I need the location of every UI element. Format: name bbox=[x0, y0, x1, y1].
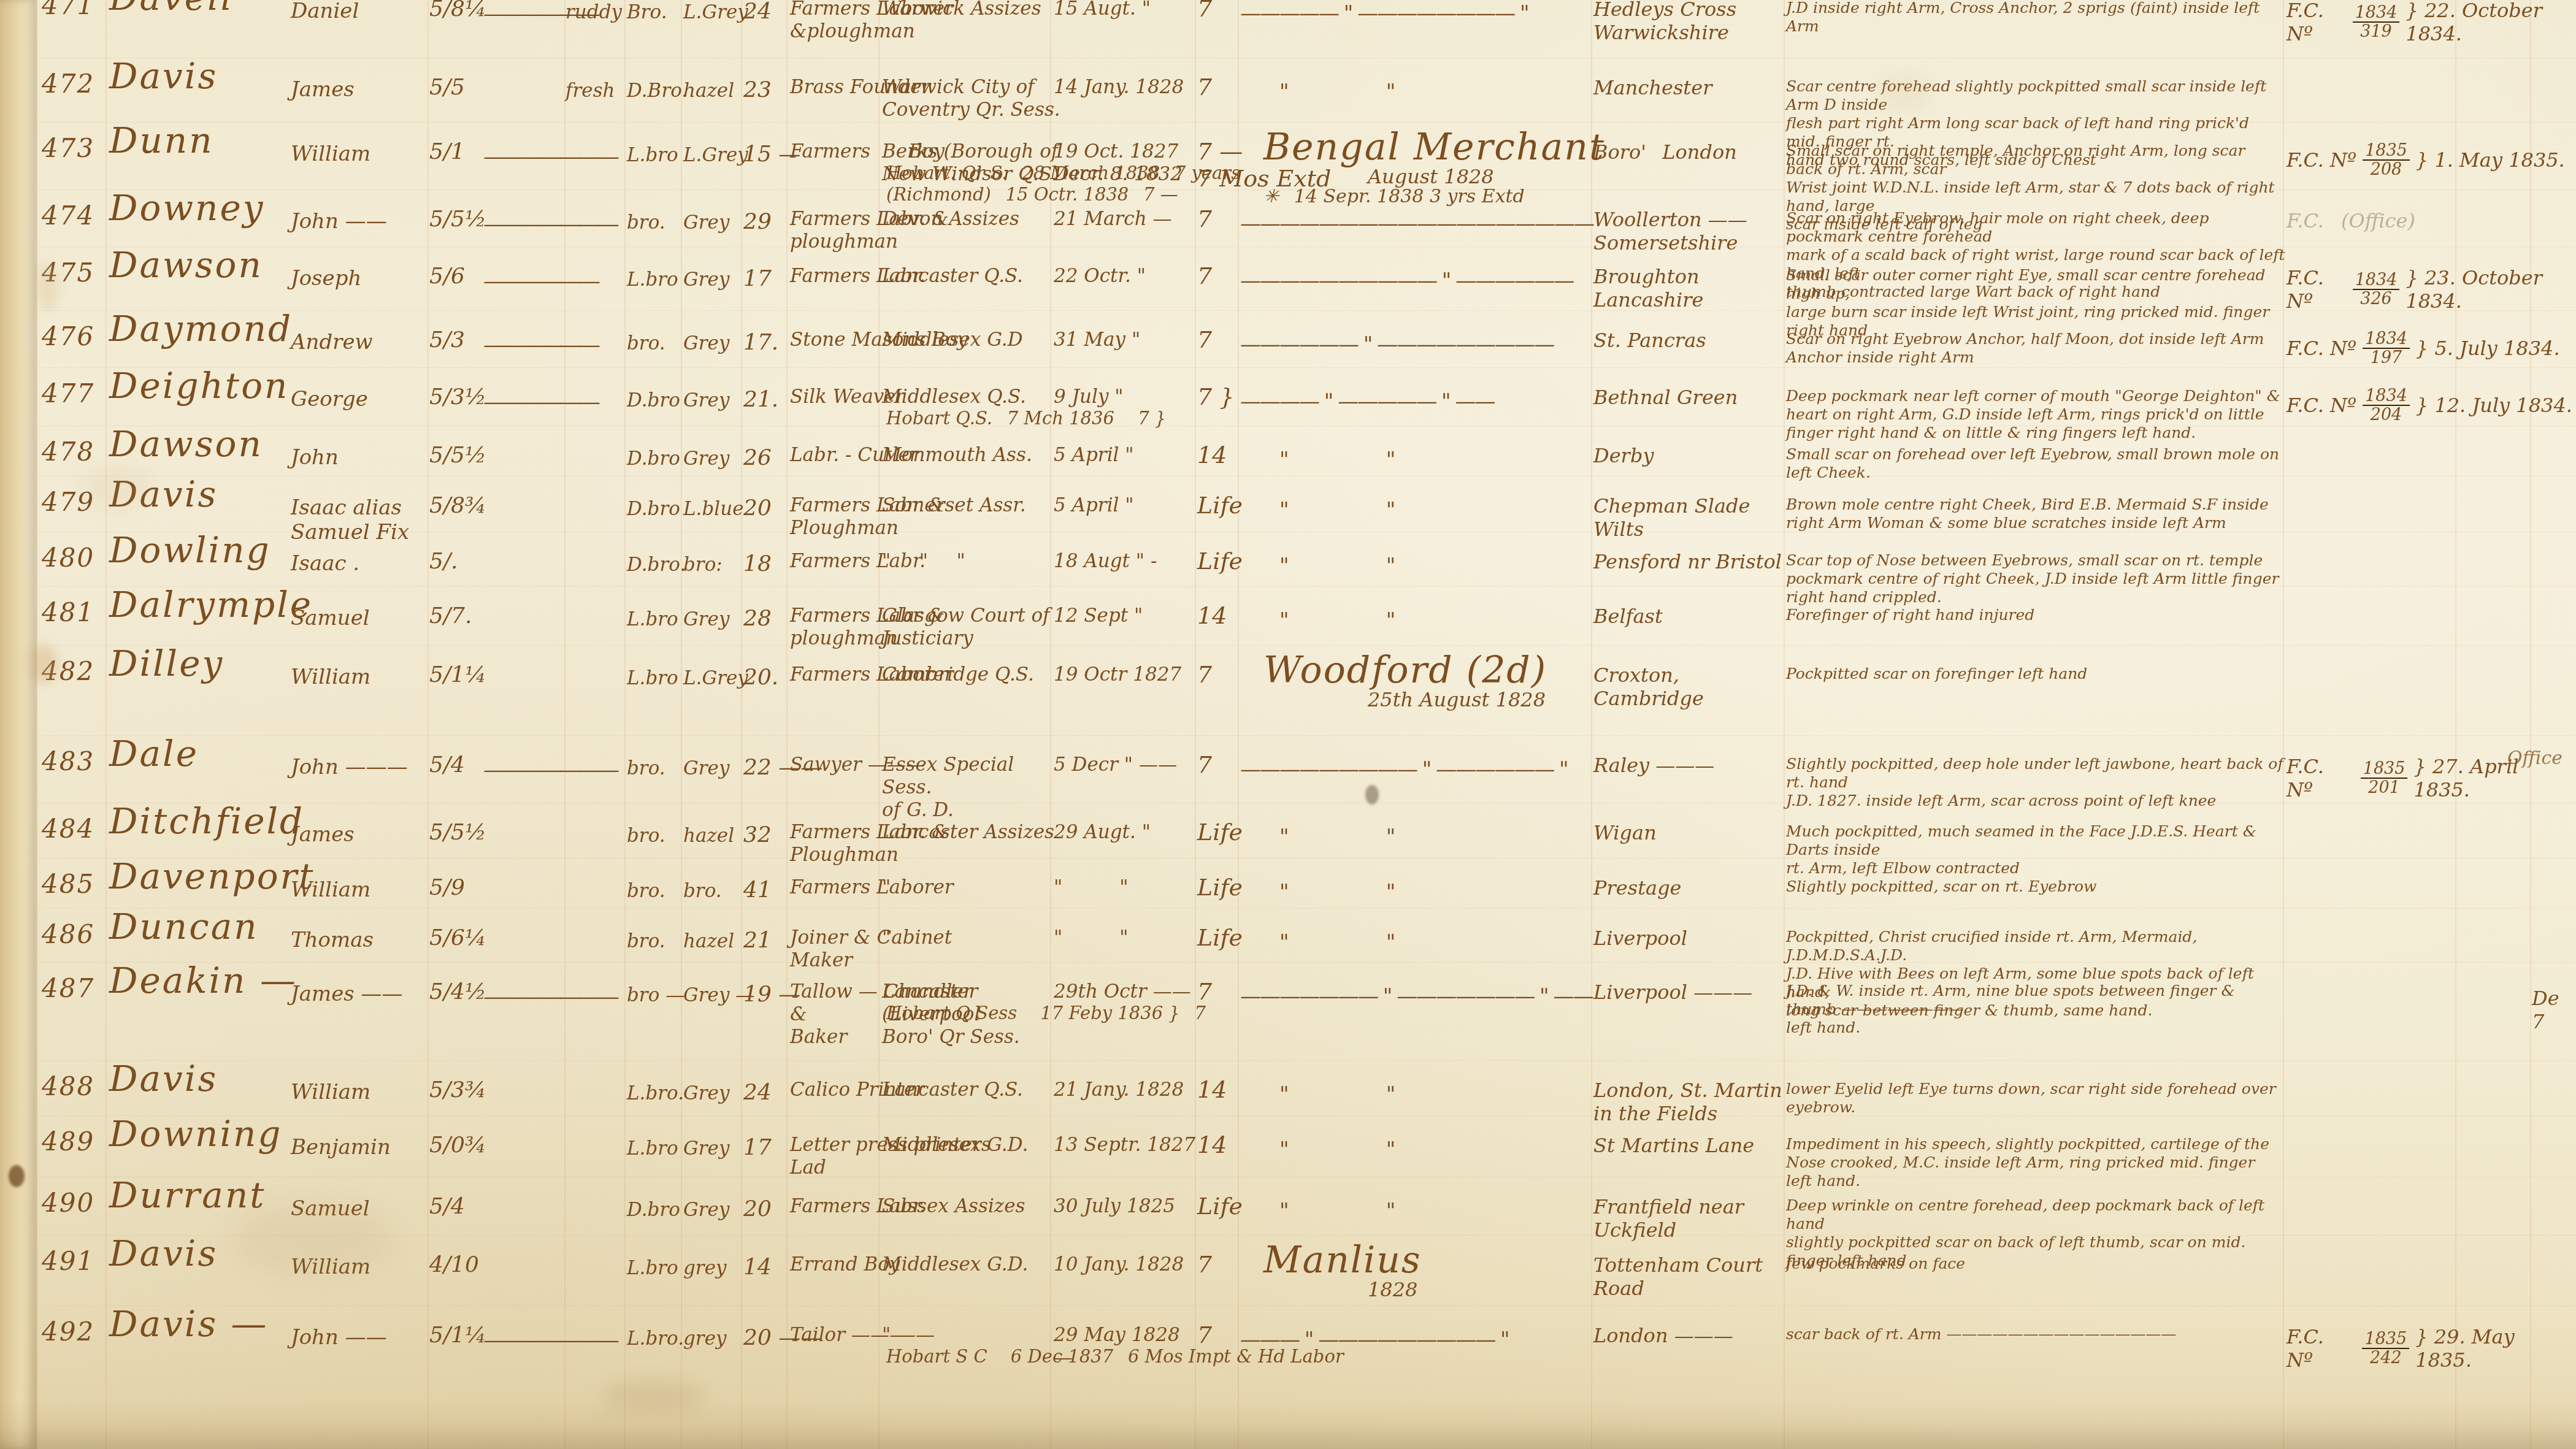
distinguishing-marks: Slightly pockpitted, scar on rt. Eyebrow bbox=[1786, 877, 2286, 896]
entry-number: 489 bbox=[42, 1126, 94, 1157]
sentence: 14 bbox=[1197, 1131, 1227, 1158]
eye-colour: Grey bbox=[683, 1137, 729, 1160]
entry-number: 471 bbox=[42, 0, 94, 20]
register-row: 489 Downing Benjamin 5/0¾ L.bro Grey 17 … bbox=[0, 1119, 2576, 1180]
distinguishing-marks: Forefinger of right hand injured bbox=[1786, 606, 2286, 624]
forename: James bbox=[291, 822, 355, 847]
eye-colour: Grey bbox=[683, 608, 729, 630]
entry-number: 478 bbox=[42, 437, 94, 467]
conviction-date: 15 Augt. " bbox=[1054, 0, 1201, 20]
native-place: London ——— bbox=[1593, 1324, 1784, 1347]
ditto-marks: " " bbox=[1240, 825, 1596, 849]
age: 29 bbox=[743, 209, 772, 234]
hair-colour: Bro. bbox=[627, 1, 667, 23]
reference-label: F.C. Nº bbox=[2287, 394, 2356, 417]
surname: Davis bbox=[109, 1233, 218, 1274]
ditto-marks: " " bbox=[1240, 1199, 1596, 1223]
sentence: Life bbox=[1197, 924, 1243, 951]
native-place: Prestage bbox=[1593, 876, 1784, 900]
entry-number: 480 bbox=[42, 543, 94, 573]
reference-fraction: 1835208 bbox=[2363, 142, 2410, 178]
place-of-conviction: Warwick City of Coventry Qr. Sess. bbox=[882, 76, 1066, 121]
height: 5/4½ bbox=[429, 979, 486, 1004]
age: 32 bbox=[743, 822, 772, 847]
surname: Davell bbox=[109, 0, 234, 18]
height: 5/9 bbox=[429, 875, 465, 900]
ditto-marks: " " bbox=[1240, 880, 1596, 904]
paper-stain bbox=[80, 466, 153, 509]
place-of-conviction: Cambridge Q.S. bbox=[882, 663, 1066, 686]
reference-number: F.C. Nº1835242} 29. May 1835. bbox=[2287, 1325, 2576, 1372]
conviction-date: 19 Octr 1827 bbox=[1054, 663, 1201, 686]
age: 17 bbox=[743, 1135, 772, 1160]
ship-name: Manlius bbox=[1263, 1239, 1422, 1282]
register-row: 484 Ditchfield James 5/5½ bro. hazel 32 … bbox=[0, 806, 2576, 868]
register-row: 482 Dilley William 5/1¼ L.bro L.Grey 20.… bbox=[0, 649, 2576, 710]
surname: Dale bbox=[109, 733, 199, 774]
native-place: Liverpool ——— bbox=[1593, 981, 1784, 1004]
height: 5/5 bbox=[429, 75, 465, 100]
place-of-conviction: Middlesex G.D. bbox=[882, 1253, 1066, 1276]
sentence: Life bbox=[1197, 819, 1243, 846]
native-place: Boro' London bbox=[1593, 140, 1784, 164]
conviction-date: 5 April " bbox=[1054, 444, 1201, 467]
hair-colour: bro. bbox=[627, 212, 665, 234]
reference-number: F.C.(Office) bbox=[2287, 209, 2415, 232]
eye-colour: hazel bbox=[683, 930, 734, 952]
ditto-marks: —————— " ————————— bbox=[1240, 332, 1596, 357]
entry-number: 491 bbox=[42, 1246, 94, 1276]
sentence: Life bbox=[1197, 548, 1243, 575]
forename: Joseph bbox=[291, 266, 361, 291]
conviction-date: 30 July 1825 bbox=[1054, 1195, 1201, 1218]
entry-number: 488 bbox=[42, 1071, 94, 1101]
forename: William bbox=[291, 142, 370, 166]
place-of-conviction: " " " bbox=[882, 550, 1066, 573]
native-place: Pensford nr Bristol bbox=[1593, 550, 1784, 573]
surname: Duncan bbox=[109, 906, 259, 947]
height: 5/8¾ bbox=[429, 493, 486, 518]
register-row: 476 Daymond Andrew 5/3 —————— bro. Grey … bbox=[0, 314, 2576, 375]
entry-number: 484 bbox=[42, 814, 94, 844]
sentence: Life bbox=[1197, 1193, 1243, 1220]
forename: Isaac . bbox=[291, 551, 359, 576]
age: 17. bbox=[743, 330, 778, 355]
surname: Davis bbox=[109, 55, 218, 97]
register-row: 473 Dunn William 5/1 ——————— L.bro L.Gre… bbox=[0, 126, 2576, 187]
native-place: Frantfield near Uckfield bbox=[1593, 1195, 1784, 1242]
sentence: 14 bbox=[1197, 442, 1227, 468]
sentence: 7 bbox=[1197, 205, 1212, 232]
ink-dash: —————— bbox=[483, 332, 597, 357]
place-of-conviction: Lancaster Q.S. bbox=[882, 265, 1066, 288]
age: 23 bbox=[743, 77, 772, 102]
ink-dash: ——————— bbox=[483, 757, 616, 782]
later-addendum: Hobart Q Sess 17 Feby 1836 } 7 bbox=[886, 1003, 1487, 1024]
ditto-marks: " " bbox=[1240, 448, 1596, 472]
native-place: Croxton, Cambridge bbox=[1593, 663, 1784, 710]
conviction-date: 29 Augt. " bbox=[1054, 821, 1201, 844]
register-row: 483 Dale John ——— 5/4 ——————— bro. Grey … bbox=[0, 739, 2576, 800]
reference-number: F.C. Nº1834319} 22. October 1834. bbox=[2287, 0, 2576, 45]
entry-number: 483 bbox=[42, 746, 94, 776]
surname: Dunn bbox=[109, 120, 214, 161]
eye-colour: grey bbox=[683, 1257, 727, 1279]
forename: Benjamin bbox=[291, 1135, 391, 1160]
sentence: 7 bbox=[1197, 74, 1212, 101]
forename: John ——— bbox=[291, 755, 408, 779]
ditto-marks: —————————— " —————— bbox=[1240, 269, 1596, 293]
conviction-date: 22 Octr. " bbox=[1054, 265, 1201, 288]
paper-stain bbox=[29, 645, 58, 683]
entry-number: 492 bbox=[42, 1317, 94, 1347]
native-place: St Martins Lane bbox=[1593, 1134, 1784, 1157]
eye-colour: L.Grey bbox=[683, 667, 748, 689]
forename: John —— bbox=[291, 1325, 387, 1350]
register-row: 479 Davis Isaac alias Samuel Fix 5/8¾ D.… bbox=[0, 480, 2576, 541]
conviction-date: 10 Jany. 1828 bbox=[1054, 1253, 1201, 1276]
forename: Andrew bbox=[291, 330, 373, 354]
age: 20. bbox=[743, 665, 778, 690]
height: 5/1 bbox=[429, 139, 465, 164]
forename: Samuel bbox=[291, 606, 370, 630]
conviction-date: 29th Octr —— bbox=[1054, 981, 1201, 1003]
age: 26 bbox=[743, 445, 772, 470]
reference-label: F.C. bbox=[2287, 209, 2324, 232]
height: 5/5½ bbox=[429, 207, 486, 232]
register-row: 471 Davell Daniel 5/8¼ —————— ruddy Bro.… bbox=[0, 0, 2576, 44]
hair-colour: L.bro. bbox=[627, 1082, 684, 1104]
native-place: St. Pancras bbox=[1593, 329, 1784, 352]
place-of-conviction: Middlesex G.D bbox=[882, 329, 1066, 351]
sentence: 7 bbox=[1197, 661, 1212, 688]
place-of-conviction: Sussex Assizes bbox=[882, 1195, 1066, 1218]
eye-colour: L.blue bbox=[683, 498, 744, 520]
reference-number: F.C. Nº1834326} 23. October 1834. bbox=[2287, 266, 2576, 313]
ink-dash: —————— bbox=[483, 389, 597, 415]
sentence: 7 bbox=[1197, 0, 1212, 22]
place-of-conviction: Warwick Assizes bbox=[882, 0, 1066, 20]
reference-number: F.C. Nº1835208} 1. May 1835. bbox=[2287, 142, 2565, 178]
hair-colour: bro. bbox=[627, 930, 665, 952]
conviction-date: 14 Jany. 1828 bbox=[1054, 76, 1201, 99]
place-of-conviction: Glasgow Court of Justiciary bbox=[882, 605, 1066, 650]
place-of-conviction: Middlesex Q.S. bbox=[882, 386, 1066, 408]
register-row: 472 Davis James 5/5 fresh D.Bro. hazel 2… bbox=[0, 61, 2576, 123]
place-of-conviction: Somerset Assr. bbox=[882, 494, 1066, 517]
height: 5/5½ bbox=[429, 820, 486, 845]
height: 5/4 bbox=[429, 1194, 465, 1219]
eye-colour: L.Grey bbox=[683, 144, 748, 166]
height: 5/1¼ bbox=[429, 662, 486, 687]
hair-colour: L.bro bbox=[627, 144, 678, 166]
sentence: 7 bbox=[1197, 1321, 1212, 1348]
age: 28 bbox=[743, 606, 772, 631]
register-row: 475 Dawson Joseph 5/6 —————— L.bro Grey … bbox=[0, 250, 2576, 312]
register-row: 487 Deakin — James —— 5/4½ ——————— bro —… bbox=[0, 966, 2576, 1027]
complexion: fresh bbox=[565, 80, 615, 102]
conviction-date: 21 Jany. 1828 bbox=[1054, 1079, 1201, 1101]
eye-colour: Grey bbox=[683, 389, 729, 411]
ship-date: 1828 bbox=[1368, 1278, 1417, 1301]
height: 5/3½ bbox=[429, 384, 486, 410]
entry-number: 486 bbox=[42, 919, 94, 949]
surname: Davis — bbox=[109, 1303, 269, 1345]
hair-colour: bro. bbox=[627, 332, 665, 354]
native-place: Wigan bbox=[1593, 821, 1784, 844]
eye-colour: Grey bbox=[683, 269, 729, 291]
ship-date: 25th August 1828 bbox=[1368, 688, 1546, 711]
age: 17 bbox=[743, 266, 772, 291]
hair-colour: D.bro bbox=[627, 1199, 680, 1221]
height: 4/10 bbox=[429, 1252, 479, 1277]
sentence: Life bbox=[1197, 874, 1243, 901]
conviction-date: 5 Decr " —— bbox=[1054, 754, 1201, 776]
distinguishing-marks: scar back of rt. Arm ——————————————— bbox=[1786, 1325, 2286, 1344]
convict-register-page: 471 Davell Daniel 5/8¼ —————— ruddy Bro.… bbox=[0, 0, 2576, 1449]
register-row: 477 Deighton George 5/3½ —————— D.bro Gr… bbox=[0, 371, 2576, 432]
reference-fraction: 1834197 bbox=[2363, 330, 2410, 367]
entry-number: 473 bbox=[42, 133, 94, 163]
native-place: Manchester bbox=[1593, 76, 1784, 99]
height: 5/1¼ bbox=[429, 1323, 486, 1348]
conviction-date: 13 Septr. 1827 bbox=[1054, 1134, 1201, 1157]
paper-stain bbox=[37, 262, 59, 312]
eye-colour: bro: bbox=[683, 554, 723, 576]
surname: Deighton bbox=[109, 365, 289, 407]
eye-colour: Grey bbox=[683, 1199, 729, 1221]
hair-colour: D.bro bbox=[627, 498, 680, 520]
height: 5/5½ bbox=[429, 443, 486, 468]
reference-label: F.C. Nº bbox=[2287, 755, 2355, 801]
distinguishing-marks: J.D. & W. inside rt. Arm, nine blue spot… bbox=[1786, 982, 2286, 1037]
ditto-marks: ————————— " —————— " bbox=[1240, 757, 1596, 782]
forename: James bbox=[291, 77, 355, 102]
distinguishing-marks: Scar on right Eyebrow Anchor, half Moon,… bbox=[1786, 330, 2286, 367]
edge-note: De 7 bbox=[2532, 987, 2559, 1033]
reference-date: } 22. October 1834. bbox=[2405, 0, 2576, 45]
forename: James —— bbox=[291, 982, 403, 1006]
height: 5/6¼ bbox=[429, 925, 486, 950]
ink-dash: ——————— bbox=[483, 1328, 616, 1353]
hair-colour: L.bro bbox=[627, 608, 678, 630]
conviction-date: 9 July " bbox=[1054, 386, 1201, 408]
distinguishing-marks: few pockmarks on face bbox=[1786, 1255, 2286, 1273]
native-place: Bethnal Green bbox=[1593, 386, 1784, 409]
conviction-date: " " bbox=[1054, 876, 1201, 899]
hair-colour: D.bro. bbox=[627, 554, 686, 576]
entry-number: 472 bbox=[42, 69, 94, 99]
surname: Dilley bbox=[109, 643, 224, 684]
forename: John bbox=[291, 445, 339, 470]
surname: Dalrymple bbox=[109, 584, 313, 625]
conviction-date: 21 March — bbox=[1054, 208, 1201, 231]
reference-fraction: 1834204 bbox=[2363, 387, 2410, 424]
height: 5/. bbox=[429, 549, 458, 574]
sentence: 7 bbox=[1197, 262, 1212, 289]
ink-dash: —————— bbox=[483, 269, 597, 294]
height: 5/3 bbox=[429, 327, 465, 353]
reference-label: F.C. Nº bbox=[2287, 337, 2356, 360]
sentence: 14 bbox=[1197, 602, 1227, 629]
paper-stain bbox=[1877, 74, 1932, 110]
native-place: Liverpool bbox=[1593, 927, 1784, 950]
native-place: Raley ——— bbox=[1593, 754, 1784, 777]
later-addendum: Hobart S C 6 Dec 1837 6 Mos Impt & Hd La… bbox=[886, 1346, 1487, 1367]
entry-number: 490 bbox=[42, 1188, 94, 1218]
age: 41 bbox=[743, 877, 772, 903]
hair-colour: D.bro bbox=[627, 448, 680, 470]
ditto-marks: " " bbox=[1240, 608, 1596, 633]
distinguishing-marks: Small scar on forehead over left Eyebrow… bbox=[1786, 445, 2286, 482]
forename: William bbox=[291, 877, 370, 902]
place-of-conviction: " bbox=[882, 876, 1066, 899]
distinguishing-marks: J.D inside right Arm, Cross Anchor, 2 sp… bbox=[1786, 0, 2286, 36]
reference-date: } 29. May 1835. bbox=[2415, 1325, 2576, 1372]
height: 5/3¾ bbox=[429, 1077, 486, 1103]
sentence: 7 bbox=[1197, 1251, 1212, 1278]
forename: Daniel bbox=[291, 0, 359, 23]
reference-date: (Office) bbox=[2341, 209, 2415, 232]
age: 14 bbox=[743, 1255, 772, 1280]
register-row: 488 Davis William 5/3¾ L.bro. Grey 24 Ca… bbox=[0, 1064, 2576, 1125]
height: 5/4 bbox=[429, 752, 465, 778]
hair-colour: bro. bbox=[627, 880, 665, 902]
distinguishing-marks: lower Eyelid left Eye turns down, scar r… bbox=[1786, 1080, 2286, 1117]
age: 20 bbox=[743, 495, 772, 521]
eye-colour: Grey bbox=[683, 1082, 729, 1104]
register-row: 492 Davis — John —— 5/1¼ ——————— L.bro. … bbox=[0, 1309, 2576, 1371]
native-place: Hedleys Cross Warwickshire bbox=[1593, 0, 1784, 44]
ditto-marks: " " bbox=[1240, 80, 1596, 104]
native-place: Belfast bbox=[1593, 605, 1784, 628]
surname: Davis bbox=[109, 1058, 218, 1099]
native-place: Woollerton —— Somersetshire bbox=[1593, 208, 1784, 254]
reference-label: F.C. Nº bbox=[2287, 148, 2356, 172]
distinguishing-marks: Pockpitted scar on forefinger left hand bbox=[1786, 665, 2286, 683]
native-place: Broughton Lancashire bbox=[1593, 265, 1784, 312]
row-rule bbox=[37, 735, 2576, 736]
conviction-date: " " bbox=[1054, 927, 1201, 949]
register-row: 486 Duncan Thomas 5/6¼ bro. hazel 21 Joi… bbox=[0, 912, 2576, 973]
place-of-conviction: Middlesex G.D. bbox=[882, 1134, 1066, 1157]
forename: William bbox=[291, 1080, 370, 1104]
place-of-conviction: Devon Assizes bbox=[882, 208, 1066, 231]
conviction-date: 12 Sept " bbox=[1054, 605, 1201, 627]
edge-pencil-note: Office bbox=[2507, 747, 2563, 769]
reference-date: } 23. October 1834. bbox=[2405, 266, 2576, 313]
reference-label: F.C. Nº bbox=[2287, 1325, 2356, 1372]
entry-number: 487 bbox=[42, 973, 94, 1003]
surname: Deakin — bbox=[109, 960, 297, 1001]
native-place: Chepman Slade Wilts bbox=[1593, 494, 1784, 541]
ditto-marks: ————— " ———————— " bbox=[1240, 1, 1596, 26]
ink-dash: ——————— bbox=[483, 212, 616, 237]
eye-colour: L.Grey bbox=[683, 1, 748, 23]
surname: Daymond bbox=[109, 308, 293, 350]
entry-number: 485 bbox=[42, 869, 94, 899]
surname: Dawson bbox=[109, 244, 263, 286]
eye-colour: hazel bbox=[683, 825, 734, 847]
place-of-conviction: " —— bbox=[882, 1324, 1066, 1347]
eye-colour: Grey bbox=[683, 212, 729, 234]
sentence: 7 bbox=[1197, 978, 1212, 1005]
reference-fraction: 1835201 bbox=[2361, 760, 2408, 797]
forename: George bbox=[291, 387, 368, 411]
register-row: 481 Dalrymple Samuel 5/7. L.bro Grey 28 … bbox=[0, 590, 2576, 651]
reference-fraction: 1835242 bbox=[2362, 1330, 2409, 1367]
age: 24 bbox=[743, 0, 772, 24]
hair-colour: L.bro bbox=[627, 269, 678, 291]
reference-fraction: 1834326 bbox=[2353, 271, 2400, 308]
complexion: ruddy bbox=[565, 1, 622, 23]
native-place: London, St. Martin in the Fields bbox=[1593, 1079, 1784, 1125]
ink-dash: ——————— bbox=[483, 984, 616, 1009]
forename: William bbox=[291, 665, 370, 689]
sentence: 7 bbox=[1197, 326, 1212, 353]
age: 21 bbox=[743, 928, 772, 953]
age: 24 bbox=[743, 1080, 772, 1105]
reference-date: } 1. May 1835. bbox=[2416, 148, 2565, 172]
reference-label: F.C. Nº bbox=[2287, 0, 2347, 45]
surname: Downing bbox=[109, 1113, 282, 1155]
ship-name: Woodford (2d) bbox=[1263, 649, 1547, 692]
reference-number: F.C. Nº1834204} 12. July 1834. bbox=[2287, 387, 2572, 424]
hair-colour: L.bro bbox=[627, 1257, 678, 1279]
height: 5/6 bbox=[429, 264, 465, 289]
conviction-date: 18 Augt " - bbox=[1054, 550, 1201, 573]
hair-colour: D.Bro. bbox=[627, 80, 688, 102]
reference-label: F.C. Nº bbox=[2287, 266, 2347, 313]
native-place: Derby bbox=[1593, 444, 1784, 467]
eye-colour: Grey bbox=[683, 448, 729, 470]
surname: Ditchfield bbox=[109, 800, 304, 842]
conviction-date: 31 May " bbox=[1054, 329, 1201, 351]
sentence: 7 bbox=[1197, 751, 1212, 778]
row-rule bbox=[37, 1306, 2576, 1306]
ditto-marks: " " bbox=[1240, 1137, 1596, 1162]
place-of-conviction: Lancaster Q.S. bbox=[882, 1079, 1066, 1101]
row-rule bbox=[37, 58, 2576, 58]
page-bottom-edge bbox=[0, 1400, 2576, 1449]
hair-colour: bro — bbox=[627, 984, 684, 1006]
sentence: 14 bbox=[1197, 1076, 1227, 1103]
distinguishing-marks: Slightly pockpitted, deep hole under lef… bbox=[1786, 755, 2286, 810]
conviction-date: 5 April " bbox=[1054, 494, 1201, 517]
height: 5/8¼ bbox=[429, 0, 486, 21]
ditto-marks: " " bbox=[1240, 498, 1596, 522]
ditto-marks: " " bbox=[1240, 554, 1596, 578]
entry-number: 474 bbox=[42, 201, 94, 231]
place-of-conviction: Monmouth Ass. bbox=[882, 444, 1066, 467]
surname: Dowling bbox=[109, 529, 271, 571]
surname: Downey bbox=[109, 187, 265, 229]
sentence: Life bbox=[1197, 492, 1243, 519]
age: 21. bbox=[743, 387, 778, 412]
native-place: Tottenham Court Road bbox=[1593, 1253, 1784, 1300]
row-rule bbox=[37, 1060, 2576, 1061]
surname: Dawson bbox=[109, 423, 263, 465]
distinguishing-marks: Brown mole centre right Cheek, Bird E.B.… bbox=[1786, 495, 2286, 532]
ink-dash: ——————— bbox=[483, 144, 616, 169]
ditto-marks: " " bbox=[1240, 930, 1596, 955]
paper-stain bbox=[9, 1165, 25, 1187]
forename: Thomas bbox=[291, 928, 374, 952]
place-of-conviction: Lancaster Assizes bbox=[882, 821, 1066, 844]
paper-stain bbox=[1365, 785, 1379, 805]
later-addendum: Hobart Q.S. 7 Mch 1836 7 } bbox=[886, 408, 1487, 429]
height: 5/7. bbox=[429, 603, 472, 629]
